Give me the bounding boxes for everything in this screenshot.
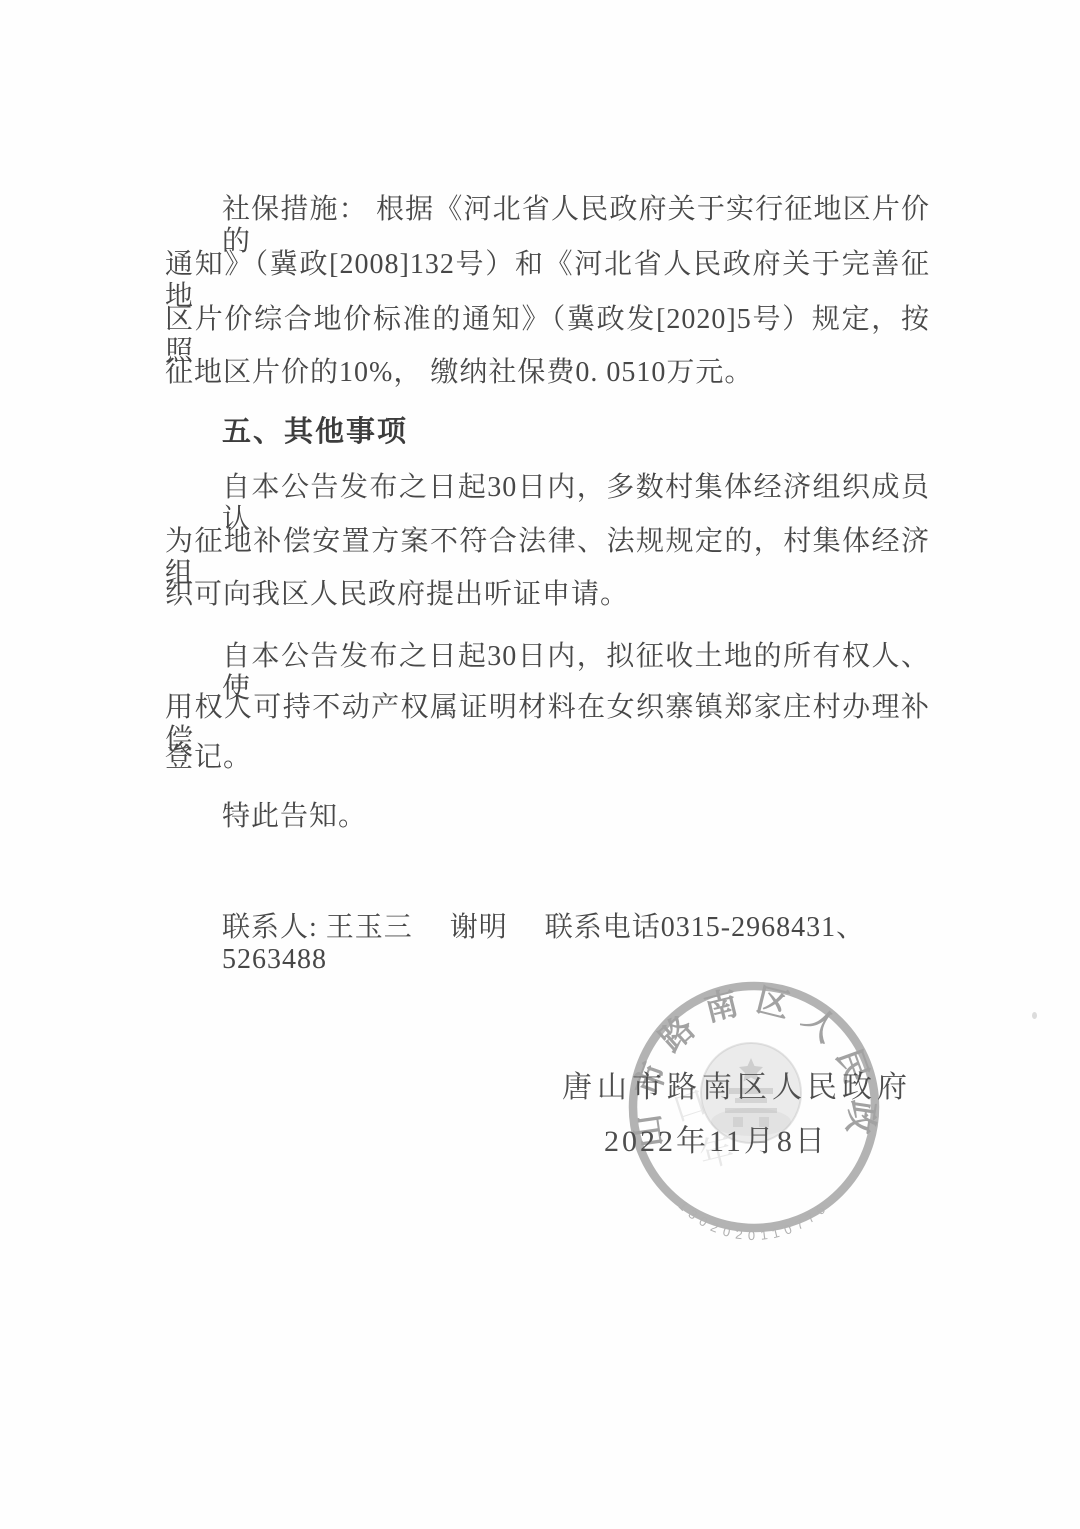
paragraph-line: 登记。 <box>165 742 930 774</box>
closing-line: 特此告知。 <box>222 801 930 833</box>
paragraph-line: 征地区片价的10%， 缴纳社保费0. 0510万元。 <box>165 357 930 389</box>
signature-issuer: 唐山市路南区人民政府 <box>562 1062 912 1106</box>
paragraph-line: 织可向我区人民政府提出听证申请。 <box>165 579 930 611</box>
signature-date: 2022年11月8日 <box>604 1116 828 1160</box>
scan-artifact <box>1032 1012 1037 1019</box>
contact-line: 联系人: 王玉三 谢明 联系电话0315-2968431、5263488 <box>222 912 930 976</box>
document-page: 社保措施： 根据《河北省人民政府关于实行征地区片价的 通知》（冀政[2008]1… <box>0 0 1080 1529</box>
section-heading: 五、其他事项 <box>222 416 930 448</box>
seal-code: 1302020110776 <box>676 1198 833 1242</box>
official-seal: 口 年 唐山市路南区人民政府 1302020110776 <box>625 972 883 1242</box>
